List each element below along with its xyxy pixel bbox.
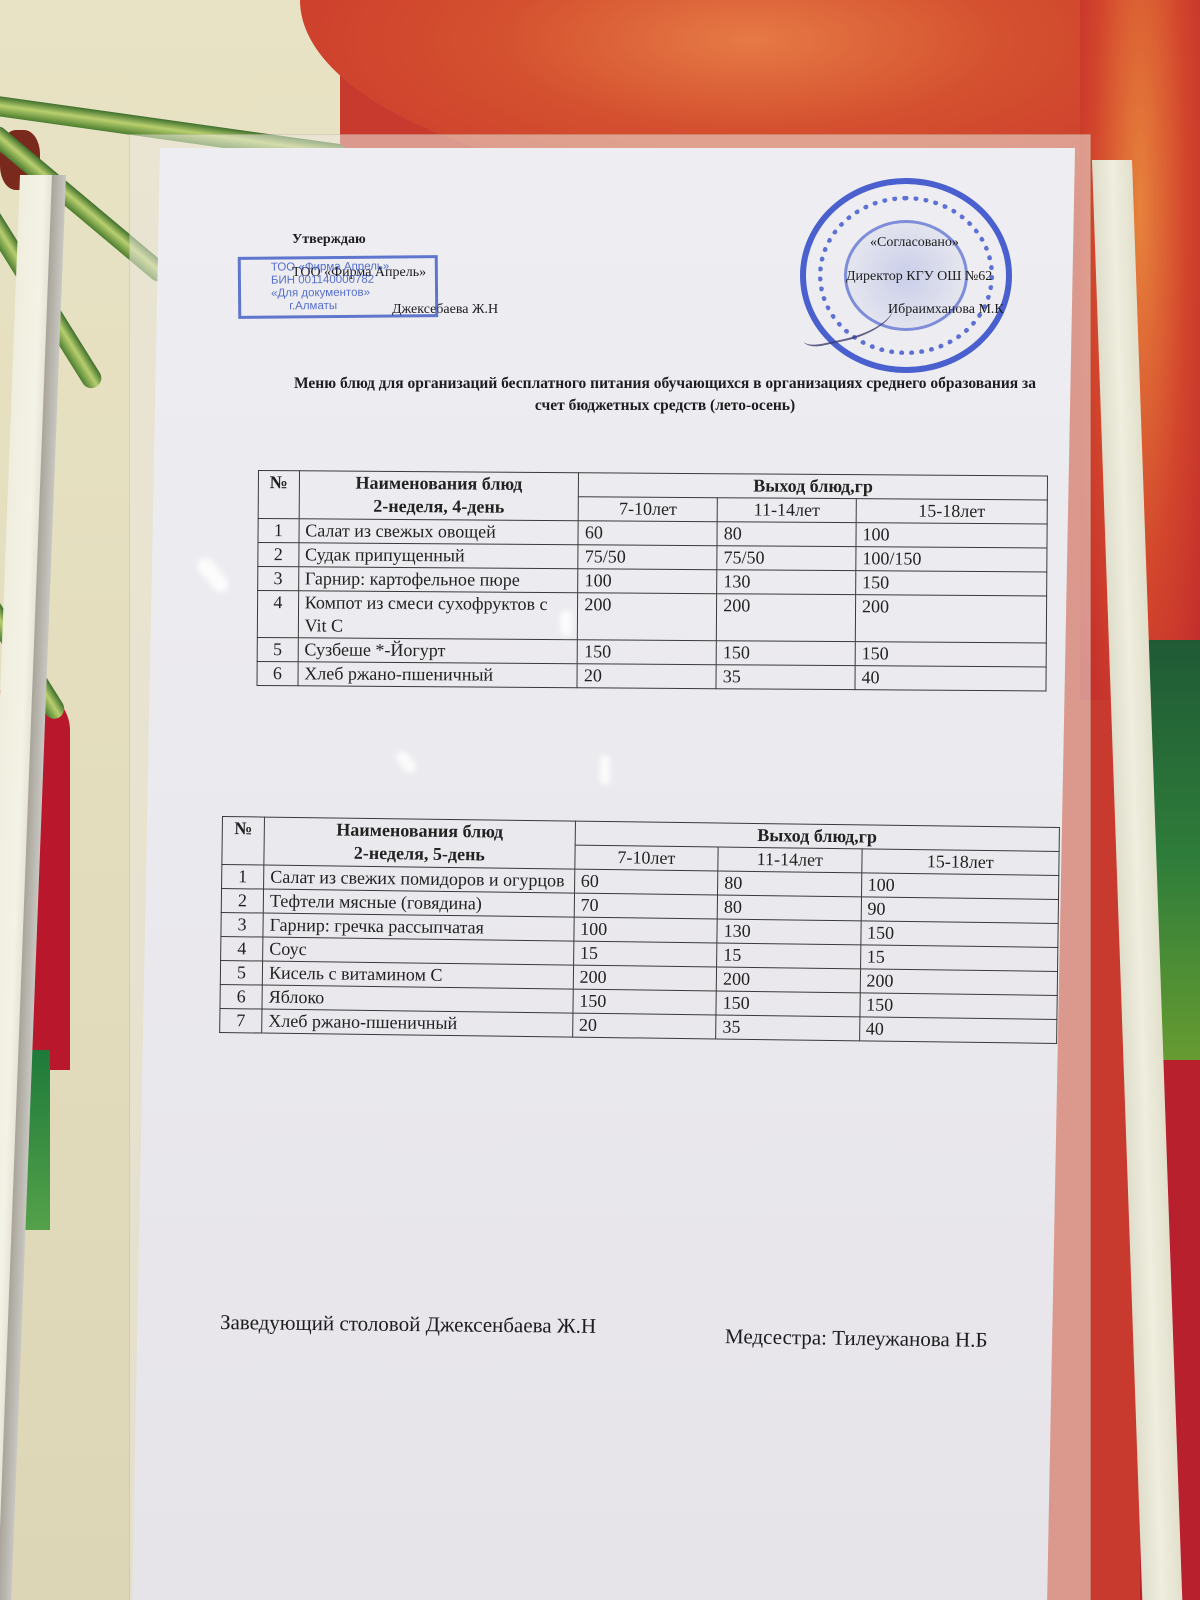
dish-name: Сузбеше *-Йогурт: [298, 638, 578, 664]
portion-value: 150: [860, 993, 1058, 1020]
approval-block: Утверждаю ТОО «Фирма Апрель» Джексебаева…: [292, 233, 366, 247]
glare-reflection: [394, 749, 419, 775]
menu-table-day-5: № Наименования блюд 2-неделя, 5-день Вых…: [219, 816, 1060, 1044]
portion-value: 15: [573, 941, 717, 967]
portion-value: 100: [578, 569, 717, 594]
dish-name: Хлеб ржано-пшеничный: [298, 662, 578, 688]
portion-value: 60: [578, 521, 717, 546]
portion-value: 80: [717, 522, 856, 547]
dish-header-line2: 2-неделя, 4-день: [305, 494, 572, 519]
portion-value: 100: [574, 917, 718, 943]
dish-name: Яблоко: [262, 985, 573, 1013]
row-number: 4: [257, 591, 298, 638]
rectangular-stamp: ТОО «Фирма Апрель» БИН 001140000782 «Для…: [238, 255, 439, 319]
dish-name: Тефтели мясные (говядина): [263, 889, 574, 917]
row-number: 1: [222, 865, 264, 890]
column-dish-name: Наименования блюд 2-неделя, 4-день: [299, 471, 579, 521]
portion-value: 150: [860, 921, 1058, 948]
age-15-18: 15-18лет: [861, 849, 1059, 876]
portion-value: 20: [577, 664, 716, 689]
portion-value: 150: [573, 989, 717, 1015]
portion-value: 60: [574, 869, 718, 895]
portion-value: 75/50: [578, 545, 717, 570]
column-yield: Выход блюд,гр: [579, 473, 1048, 500]
agreement-name: Ибраимханова М.К: [888, 303, 1004, 317]
approval-title: Утверждаю: [292, 233, 366, 247]
portion-value: 150: [716, 641, 855, 666]
age-15-18: 15-18лет: [856, 499, 1047, 524]
portion-value: 80: [717, 895, 861, 921]
menu-document: Утверждаю ТОО «Фирма Апрель» Джексебаева…: [0, 0, 1200, 1600]
dish-name: Кисель с витамином С: [262, 961, 573, 989]
dish-name: Салат из свежих помидоров и огурцов: [264, 865, 575, 893]
agreement-title: «Согласовано»: [870, 236, 959, 250]
portion-value: 150: [856, 571, 1047, 596]
portion-value: 90: [861, 897, 1059, 924]
menu-table-day-4: № Наименования блюд 2-неделя, 4-день Вых…: [256, 470, 1047, 692]
portion-value: 200: [716, 967, 860, 993]
portion-value: 150: [716, 991, 860, 1017]
row-number: 6: [257, 661, 298, 685]
portion-value: 35: [716, 665, 855, 690]
portion-value: 15: [860, 945, 1058, 972]
portion-value: 200: [716, 594, 855, 642]
row-number: 4: [221, 936, 263, 961]
age-11-14: 11-14лет: [718, 847, 862, 873]
row-number: 2: [221, 889, 263, 914]
portion-value: 150: [855, 642, 1046, 667]
agreement-role: Директор КГУ ОШ №62: [846, 270, 992, 284]
portion-value: 100: [861, 873, 1059, 900]
portion-value: 200: [860, 969, 1058, 996]
dish-name: Судак припущенный: [299, 543, 579, 569]
row-number: 6: [220, 984, 262, 1009]
nurse-signature-line: Медсестра: Тилеужанова Н.Б: [725, 1324, 988, 1353]
row-number: 7: [220, 1008, 262, 1033]
row-number: 5: [220, 960, 262, 985]
portion-value: 130: [717, 570, 856, 595]
age-7-10: 7-10лет: [575, 845, 719, 871]
dish-name: Хлеб ржано-пшеничный: [262, 1009, 573, 1037]
portion-value: 100/150: [856, 547, 1047, 572]
age-11-14: 11-14лет: [717, 498, 856, 523]
portion-value: 200: [855, 595, 1046, 643]
column-dish-name: Наименования блюд 2-неделя, 5-день: [264, 817, 575, 869]
table-header-row: № Наименования блюд 2-неделя, 4-день Вых…: [258, 471, 1047, 501]
portion-value: 40: [859, 1017, 1057, 1044]
glare-reflection: [560, 610, 572, 636]
column-number: №: [222, 817, 265, 866]
row-number: 3: [258, 567, 299, 591]
portion-value: 150: [578, 640, 717, 665]
portion-value: 20: [572, 1013, 716, 1039]
dish-name: Гарнир: гречка рассыпчатая: [263, 913, 574, 941]
portion-value: 75/50: [717, 546, 856, 571]
portion-value: 70: [574, 893, 718, 919]
portion-value: 40: [855, 666, 1046, 691]
document-title: Меню блюд для организаций бесплатного пи…: [290, 373, 1040, 417]
portion-value: 200: [573, 965, 717, 991]
portion-value: 80: [718, 871, 862, 897]
dish-name: Салат из свежых овощей: [299, 519, 579, 545]
dish-name: Гарнир: картофельное пюре: [298, 567, 578, 593]
glare-reflection: [194, 555, 232, 596]
dish-header-line2: 2-неделя, 5-день: [270, 841, 568, 868]
portion-value: 35: [716, 1015, 860, 1041]
portion-value: 200: [578, 593, 717, 641]
canteen-manager-signature-line: Заведующий столовой Джексенбаева Ж.Н: [220, 1310, 596, 1339]
portion-value: 100: [856, 523, 1047, 548]
dish-name: Компот из смеси сухофруктов с Vit C: [298, 591, 578, 640]
portion-value: 15: [717, 943, 861, 969]
portion-value: 130: [717, 919, 861, 945]
table-row: 6Хлеб ржано-пшеничный203540: [257, 661, 1046, 691]
age-7-10: 7-10лет: [579, 497, 718, 522]
table-row: 4Компот из смеси сухофруктов с Vit C2002…: [257, 591, 1046, 644]
glare-reflection: [600, 755, 610, 785]
row-number: 3: [221, 912, 263, 937]
row-number: 5: [257, 637, 298, 661]
column-number: №: [258, 471, 299, 519]
stamp-line: г.Алматы: [271, 299, 435, 313]
row-number: 2: [258, 543, 299, 567]
row-number: 1: [258, 519, 299, 543]
dish-header-line1: Наименования блюд: [306, 471, 573, 496]
